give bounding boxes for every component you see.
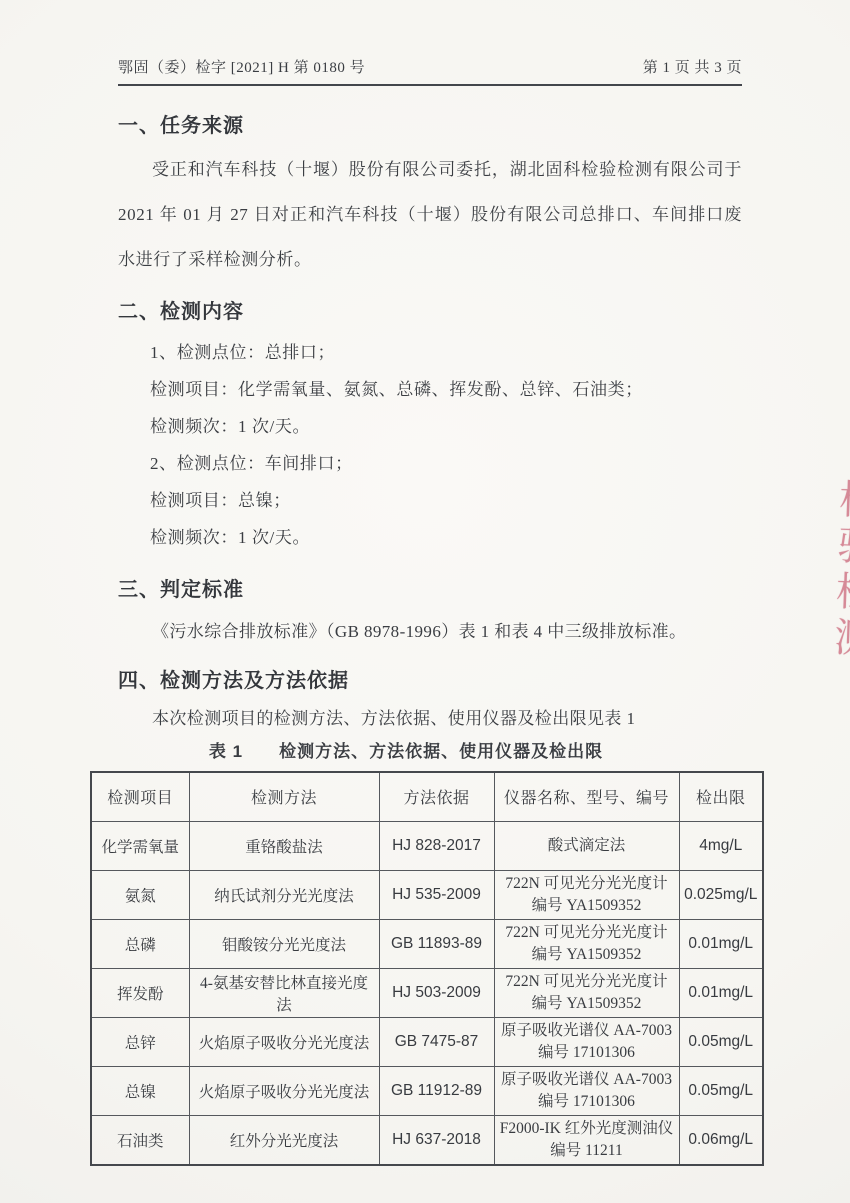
section-title-methods: 四、检测方法及方法依据 bbox=[118, 664, 742, 693]
column-header-method: 检测方法 bbox=[189, 772, 379, 821]
table-row: 化学需氧量 重铬酸盐法 HJ 828-2017 酸式滴定法 4mg/L bbox=[91, 821, 763, 870]
instrument-serial: 编号 YA1509352 bbox=[498, 944, 676, 966]
cell-basis: HJ 535-2009 bbox=[379, 870, 494, 919]
column-header-basis: 方法依据 bbox=[379, 772, 494, 821]
instrument-name: 原子吸收光谱仪 AA-7003 bbox=[498, 1020, 676, 1042]
cell-basis: HJ 503-2009 bbox=[379, 968, 494, 1017]
cell-instrument: 722N 可见光分光光度计 编号 YA1509352 bbox=[494, 919, 679, 968]
cell-instrument: 722N 可见光分光光度计 编号 YA1509352 bbox=[494, 870, 679, 919]
cell-limit: 4mg/L bbox=[679, 821, 763, 870]
content-line: 检测频次：1 次/天。 bbox=[150, 519, 742, 556]
cell-item: 总锌 bbox=[91, 1017, 189, 1066]
cell-instrument: 722N 可见光分光光度计 编号 YA1509352 bbox=[494, 968, 679, 1017]
cell-item: 化学需氧量 bbox=[91, 821, 189, 870]
cell-item: 挥发酚 bbox=[91, 968, 189, 1017]
methods-intro: 本次检测项目的检测方法、方法依据、使用仪器及检出限见表 1 bbox=[118, 706, 742, 732]
document-header: 鄂固（委）检字 [2021] H 第 0180 号 第 1 页 共 3 页 bbox=[118, 56, 742, 77]
document-number: 鄂固（委）检字 [2021] H 第 0180 号 bbox=[118, 56, 365, 77]
cell-item: 石油类 bbox=[91, 1115, 189, 1165]
instrument-serial: 编号 YA1509352 bbox=[498, 895, 676, 917]
page-indicator: 第 1 页 共 3 页 bbox=[643, 56, 742, 77]
task-source-paragraph: 受正和汽车科技（十堰）股份有限公司委托，湖北固科检验检测有限公司于 2021 年… bbox=[118, 147, 742, 282]
table-row: 总锌 火焰原子吸收分光光度法 GB 7475-87 原子吸收光谱仪 AA-700… bbox=[91, 1017, 763, 1066]
table-row: 氨氮 纳氏试剂分光光度法 HJ 535-2009 722N 可见光分光光度计 编… bbox=[91, 870, 763, 919]
instrument-name: 酸式滴定法 bbox=[498, 835, 676, 857]
cell-basis: HJ 637-2018 bbox=[379, 1115, 494, 1165]
cell-basis: GB 7475-87 bbox=[379, 1017, 494, 1066]
instrument-name: 原子吸收光谱仪 AA-7003 bbox=[498, 1069, 676, 1091]
cell-limit: 0.025mg/L bbox=[679, 870, 763, 919]
cell-basis: HJ 828-2017 bbox=[379, 821, 494, 870]
cell-instrument: 原子吸收光谱仪 AA-7003 编号 17101306 bbox=[494, 1017, 679, 1066]
table-row: 挥发酚 4-氨基安替比林直接光度法 HJ 503-2009 722N 可见光分光… bbox=[91, 968, 763, 1017]
column-header-item: 检测项目 bbox=[91, 772, 189, 821]
cell-item: 氨氮 bbox=[91, 870, 189, 919]
instrument-name: 722N 可见光分光光度计 bbox=[498, 971, 676, 993]
table-caption: 表 1 检测方法、方法依据、使用仪器及检出限 bbox=[94, 737, 718, 762]
cell-limit: 0.01mg/L bbox=[679, 919, 763, 968]
content-line: 检测频次：1 次/天。 bbox=[150, 408, 742, 445]
cell-basis: GB 11893-89 bbox=[379, 919, 494, 968]
section-title-task-source: 一、任务来源 bbox=[118, 109, 742, 138]
cell-limit: 0.05mg/L bbox=[679, 1017, 763, 1066]
section-title-content: 二、检测内容 bbox=[118, 295, 742, 324]
table-row: 总磷 钼酸铵分光光度法 GB 11893-89 722N 可见光分光光度计 编号… bbox=[91, 919, 763, 968]
instrument-name: F2000-IK 红外光度测油仪 bbox=[498, 1118, 676, 1140]
standard-paragraph: 《污水综合排放标准》（GB 8978-1996）表 1 和表 4 中三级排放标准… bbox=[118, 617, 742, 647]
cell-instrument: 原子吸收光谱仪 AA-7003 编号 17101306 bbox=[494, 1066, 679, 1115]
cell-limit: 0.01mg/L bbox=[679, 968, 763, 1017]
cell-instrument: F2000-IK 红外光度测油仪 编号 11211 bbox=[494, 1115, 679, 1165]
instrument-serial: 编号 17101306 bbox=[498, 1091, 676, 1113]
instrument-serial: 编号 17101306 bbox=[498, 1042, 676, 1064]
table-row: 总镍 火焰原子吸收分光光度法 GB 11912-89 原子吸收光谱仪 AA-70… bbox=[91, 1066, 763, 1115]
cell-limit: 0.06mg/L bbox=[679, 1115, 763, 1165]
instrument-serial: 编号 11211 bbox=[498, 1140, 676, 1162]
instrument-serial: 编号 YA1509352 bbox=[498, 993, 676, 1015]
instrument-name: 722N 可见光分光光度计 bbox=[498, 873, 676, 895]
table-row: 石油类 红外分光光度法 HJ 637-2018 F2000-IK 红外光度测油仪… bbox=[91, 1115, 763, 1165]
cell-method: 红外分光光度法 bbox=[189, 1115, 379, 1165]
cell-item: 总磷 bbox=[91, 919, 189, 968]
content-line: 1、检测点位：总排口； bbox=[150, 334, 742, 371]
content-list: 1、检测点位：总排口； 检测项目：化学需氧量、氨氮、总磷、挥发酚、总锌、石油类；… bbox=[118, 334, 742, 556]
cell-method: 4-氨基安替比林直接光度法 bbox=[189, 968, 379, 1017]
cell-method: 火焰原子吸收分光光度法 bbox=[189, 1017, 379, 1066]
cell-limit: 0.05mg/L bbox=[679, 1066, 763, 1115]
cell-method: 纳氏试剂分光光度法 bbox=[189, 870, 379, 919]
content-line: 检测项目：化学需氧量、氨氮、总磷、挥发酚、总锌、石油类； bbox=[150, 371, 742, 408]
cell-method: 钼酸铵分光光度法 bbox=[189, 919, 379, 968]
document-content: 鄂固（委）检字 [2021] H 第 0180 号 第 1 页 共 3 页 一、… bbox=[0, 0, 850, 1166]
instrument-name: 722N 可见光分光光度计 bbox=[498, 922, 676, 944]
content-line: 2、检测点位：车间排口； bbox=[150, 445, 742, 482]
column-header-instrument: 仪器名称、型号、编号 bbox=[494, 772, 679, 821]
cell-method: 重铬酸盐法 bbox=[189, 821, 379, 870]
content-line: 检测项目：总镍； bbox=[150, 482, 742, 519]
cell-item: 总镍 bbox=[91, 1066, 189, 1115]
cell-basis: GB 11912-89 bbox=[379, 1066, 494, 1115]
header-divider bbox=[118, 84, 742, 86]
section-title-standard: 三、判定标准 bbox=[118, 573, 742, 602]
cell-method: 火焰原子吸收分光光度法 bbox=[189, 1066, 379, 1115]
column-header-limit: 检出限 bbox=[679, 772, 763, 821]
methods-table: 检测项目 检测方法 方法依据 仪器名称、型号、编号 检出限 化学需氧量 重铬酸盐… bbox=[90, 771, 764, 1166]
table-header-row: 检测项目 检测方法 方法依据 仪器名称、型号、编号 检出限 bbox=[91, 772, 763, 821]
cell-instrument: 酸式滴定法 bbox=[494, 821, 679, 870]
document-page: 检验检测 鄂固（委）检字 [2021] H 第 0180 号 第 1 页 共 3… bbox=[0, 0, 850, 1203]
